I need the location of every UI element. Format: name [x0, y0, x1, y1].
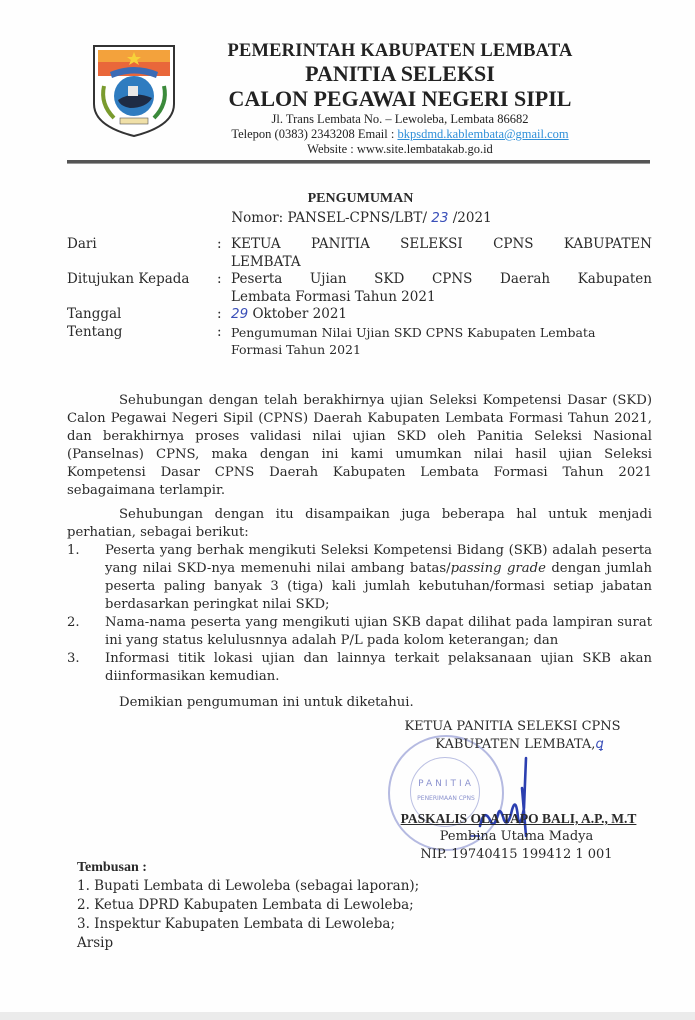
letter-metadata: Dari : KETUA PANITIA SELEKSI CPNS KABUPA…	[67, 236, 652, 359]
meta-value-line: LEMBATA	[231, 254, 652, 272]
list-text: Peserta yang berhak mengikuti Seleksi Ko…	[105, 542, 652, 614]
signature-block: KETUA PANITIA SELEKSI CPNS KABUPATEN LEM…	[370, 718, 655, 864]
number-suffix: /2021	[448, 210, 491, 226]
meta-row-from: Dari : KETUA PANITIA SELEKSI CPNS KABUPA…	[67, 236, 652, 271]
letterhead-address: Jl. Trans Lembata No. – Lewoleba, Lembat…	[190, 112, 610, 127]
carbon-copy-heading: Tembusan :	[77, 858, 517, 877]
letterhead-committee-name: PANITIA SELEKSI	[190, 62, 610, 86]
meta-colon: :	[217, 324, 231, 359]
list-number: 2.	[67, 614, 105, 650]
meta-label: Dari	[67, 236, 217, 271]
announcement-title: PENGUMUMAN Nomor: PANSEL-CPNS/LBT/ 23 /2…	[0, 190, 695, 228]
signatory-role-line2: KABUPATEN LEMBATA,ꝗ	[384, 736, 655, 754]
meta-value-line: Peserta Ujian SKD CPNS Daerah Kabupaten	[231, 271, 652, 289]
letterhead-divider	[67, 160, 650, 164]
carbon-copy-item: 1. Bupati Lembata di Lewoleba (sebagai l…	[77, 877, 517, 896]
document-page: PEMERINTAH KABUPATEN LEMBATA PANITIA SEL…	[0, 0, 695, 1012]
meta-colon: :	[217, 271, 231, 306]
announcement-number: Nomor: PANSEL-CPNS/LBT/ 23 /2021	[28, 208, 695, 228]
carbon-copy-list: Tembusan : 1. Bupati Lembata di Lewoleba…	[77, 858, 517, 953]
viewer-bottom-bar	[0, 1012, 695, 1020]
meta-value-line: Formasi Tahun 2021	[231, 341, 652, 359]
carbon-copy-item: 2. Ketua DPRD Kabupaten Lembata di Lewol…	[77, 896, 517, 915]
signatory-role-text: KABUPATEN LEMBATA,	[435, 737, 595, 752]
handwritten-number: 23	[431, 210, 448, 226]
meta-row-addressee: Ditujukan Kepada : Peserta Ujian SKD CPN…	[67, 271, 652, 306]
lembata-regency-crest-icon	[90, 42, 178, 138]
meta-value: Peserta Ujian SKD CPNS Daerah Kabupaten …	[231, 271, 652, 306]
list-number: 1.	[67, 542, 105, 614]
list-text: Nama-nama peserta yang mengikuti ujian S…	[105, 614, 652, 650]
meta-value: Pengumuman Nilai Ujian SKD CPNS Kabupate…	[231, 324, 652, 359]
meta-value: 29 Oktober 2021	[231, 306, 652, 324]
list-item: 1. Peserta yang berhak mengikuti Seleksi…	[67, 542, 652, 614]
letterhead: PEMERINTAH KABUPATEN LEMBATA PANITIA SEL…	[190, 40, 610, 157]
meta-row-date: Tanggal : 29 Oktober 2021	[67, 306, 652, 324]
letterhead-phone: Telepon (0383) 2343208 Email :	[231, 127, 397, 141]
meta-colon: :	[217, 236, 231, 271]
letterhead-subtitle: CALON PEGAWAI NEGERI SIPIL	[190, 86, 610, 112]
meta-label: Ditujukan Kepada	[67, 271, 217, 306]
handwritten-initial: ꝗ	[595, 737, 603, 752]
meta-value-line: KETUA PANITIA SELEKSI CPNS KABUPATEN	[231, 236, 652, 254]
number-prefix: Nomor: PANSEL-CPNS/LBT/	[231, 210, 431, 226]
announcement-body: Sehubungan dengan telah berakhirnya ujia…	[67, 392, 652, 712]
closing-sentence: Demikian pengumuman ini untuk diketahui.	[67, 694, 652, 712]
meta-value: KETUA PANITIA SELEKSI CPNS KABUPATEN LEM…	[231, 236, 652, 271]
announcement-heading: PENGUMUMAN	[26, 190, 695, 208]
meta-label: Tanggal	[67, 306, 217, 324]
list-number: 3.	[67, 650, 105, 686]
letterhead-website: Website : www.site.lembatakab.go.id	[190, 142, 610, 157]
meta-row-subject: Tentang : Pengumuman Nilai Ujian SKD CPN…	[67, 324, 652, 359]
handwritten-date: 29	[231, 306, 248, 322]
meta-value-line: Lembata Formasi Tahun 2021	[231, 289, 652, 307]
notice-list: 1. Peserta yang berhak mengikuti Seleksi…	[67, 542, 652, 686]
list-item: 2. Nama-nama peserta yang mengikuti ujia…	[67, 614, 652, 650]
list-text-italic: passing grade	[451, 561, 546, 576]
letterhead-contact: Telepon (0383) 2343208 Email : bkpsdmd.k…	[190, 127, 610, 142]
list-item: 3. Informasi titik lokasi ujian dan lain…	[67, 650, 652, 686]
meta-label: Tentang	[67, 324, 217, 359]
carbon-copy-item: 3. Inspektur Kabupaten Lembata di Lewole…	[77, 915, 517, 934]
body-paragraph: Sehubungan dengan itu disampaikan juga b…	[67, 506, 652, 542]
meta-date-month-year: Oktober 2021	[248, 306, 347, 322]
meta-value-line: Pengumuman Nilai Ujian SKD CPNS Kabupate…	[231, 324, 652, 342]
body-paragraph: Sehubungan dengan telah berakhirnya ujia…	[67, 392, 652, 500]
signatory-role-line1: KETUA PANITIA SELEKSI CPNS	[370, 718, 655, 736]
signatory-name: PASKALIS OLA TAPO BALI, A.P., M.T	[382, 810, 655, 828]
meta-colon: :	[217, 306, 231, 324]
letterhead-government-name: PEMERINTAH KABUPATEN LEMBATA	[190, 40, 610, 62]
list-text: Informasi titik lokasi ujian dan lainnya…	[105, 650, 652, 686]
email-link[interactable]: bkpsdmd.kablembata@gmail.com	[397, 127, 568, 141]
carbon-copy-item: Arsip	[77, 934, 517, 953]
signatory-rank: Pembina Utama Madya	[378, 828, 655, 846]
